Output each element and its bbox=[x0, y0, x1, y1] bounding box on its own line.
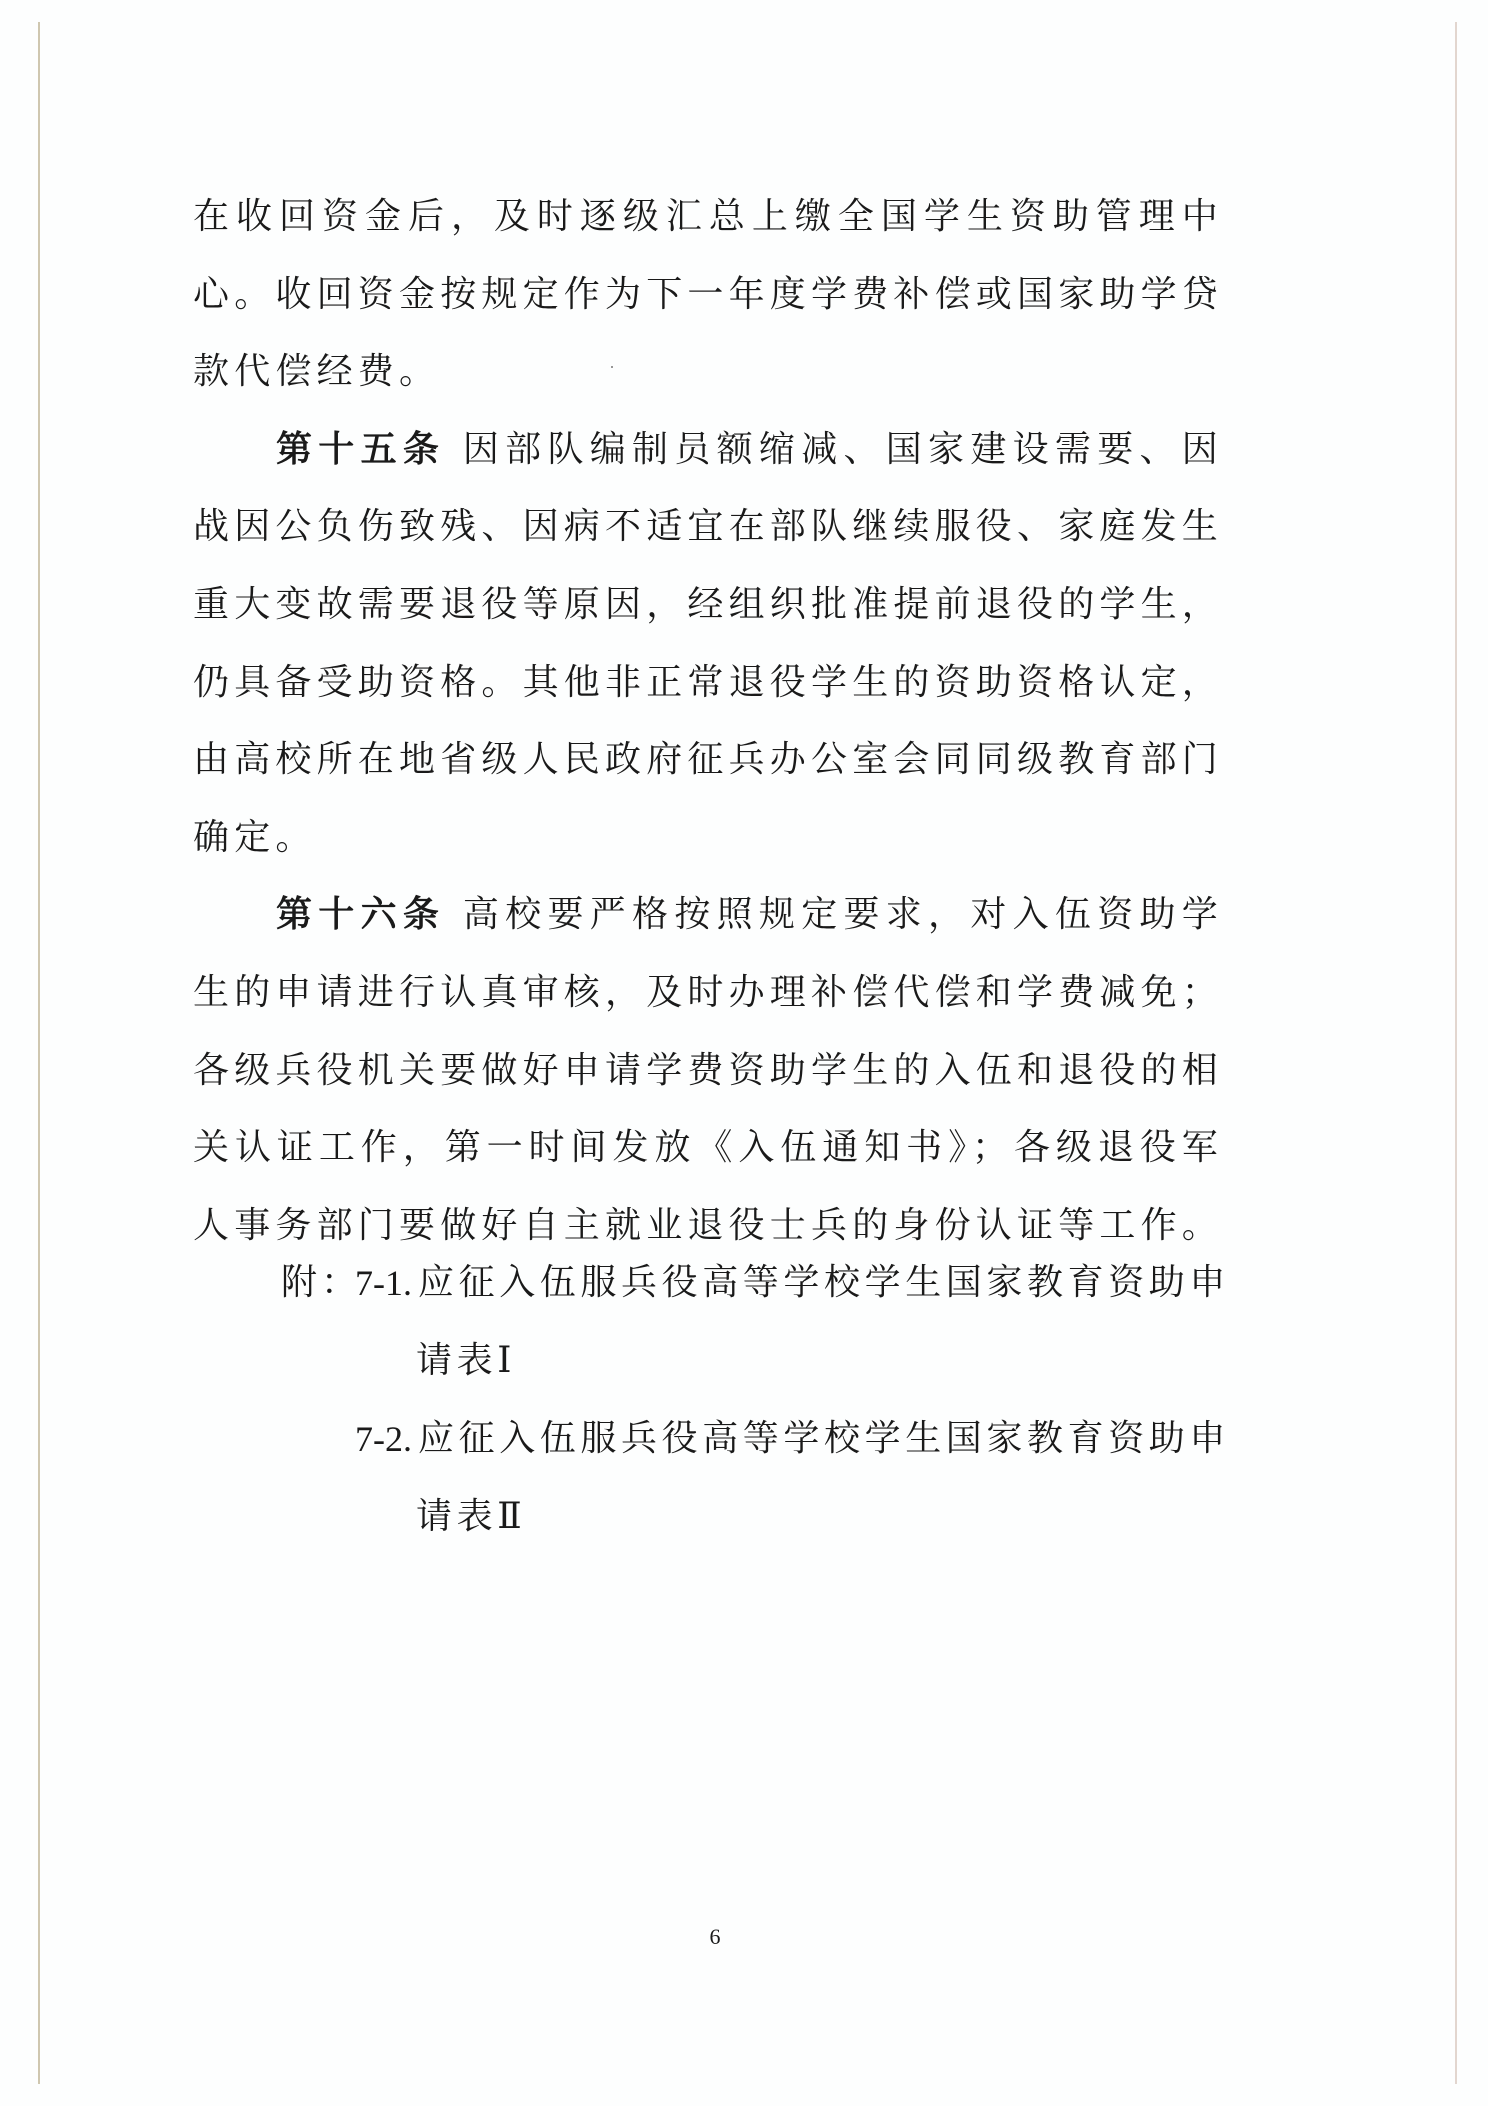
article-heading: 第十五条 bbox=[276, 429, 445, 470]
document-page: 在收回资金后，及时逐级汇总上缴全国学生资助管理中心。收回资金按规定作为下一年度学… bbox=[0, 0, 1488, 2106]
appendix-title-cont: 请表Ⅰ bbox=[416, 1322, 516, 1400]
article-spacer bbox=[445, 429, 463, 470]
appendix-number: 7-2. bbox=[355, 1400, 412, 1478]
document-body: 在收回资金后，及时逐级汇总上缴全国学生资助管理中心。收回资金按规定作为下一年度学… bbox=[193, 178, 1223, 1264]
appendix-label: 附： bbox=[281, 1244, 361, 1322]
scan-edge-left bbox=[38, 22, 40, 2084]
page-number: 6 bbox=[700, 1924, 730, 1950]
appendix-title-cont: 请表Ⅱ bbox=[416, 1478, 526, 1556]
appendix-title: 应征入伍服兵役高等学校学生国家教育资助申 bbox=[418, 1244, 1230, 1322]
appendix-item: 附： 7-1. 应征入伍服兵役高等学校学生国家教育资助申 bbox=[281, 1244, 1241, 1322]
appendix-number: 7-1. bbox=[355, 1244, 412, 1322]
article-16: 第十六条 高校要严格按照规定要求，对入伍资助学生的申请进行认真审核，及时办理补偿… bbox=[193, 876, 1223, 1264]
appendix-item-continuation: 请表Ⅰ bbox=[281, 1322, 1241, 1400]
appendix-title: 应征入伍服兵役高等学校学生国家教育资助申 bbox=[418, 1400, 1230, 1478]
article-spacer bbox=[445, 894, 463, 935]
article-heading: 第十六条 bbox=[276, 894, 445, 935]
appendix-item: 7-2. 应征入伍服兵役高等学校学生国家教育资助申 bbox=[281, 1400, 1241, 1478]
paragraph-text: 高校要严格按照规定要求，对入伍资助学生的申请进行认真审核，及时办理补偿代偿和学费… bbox=[193, 894, 1223, 1245]
appendix-item-continuation: 请表Ⅱ bbox=[281, 1478, 1241, 1556]
appendix-list: 附： 7-1. 应征入伍服兵役高等学校学生国家教育资助申 请表Ⅰ 7-2. 应征… bbox=[281, 1244, 1241, 1556]
paragraph-text: 因部队编制员额缩减、国家建设需要、因战因公负伤致残、因病不适宜在部队继续服役、家… bbox=[193, 429, 1223, 858]
paragraph-text: 在收回资金后，及时逐级汇总上缴全国学生资助管理中心。收回资金按规定作为下一年度学… bbox=[193, 196, 1223, 392]
scan-edge-right bbox=[1455, 22, 1457, 2084]
paragraph-continuation: 在收回资金后，及时逐级汇总上缴全国学生资助管理中心。收回资金按规定作为下一年度学… bbox=[193, 178, 1223, 411]
article-15: 第十五条 因部队编制员额缩减、国家建设需要、因战因公负伤致残、因病不适宜在部队继… bbox=[193, 411, 1223, 877]
scan-speck bbox=[611, 366, 613, 368]
